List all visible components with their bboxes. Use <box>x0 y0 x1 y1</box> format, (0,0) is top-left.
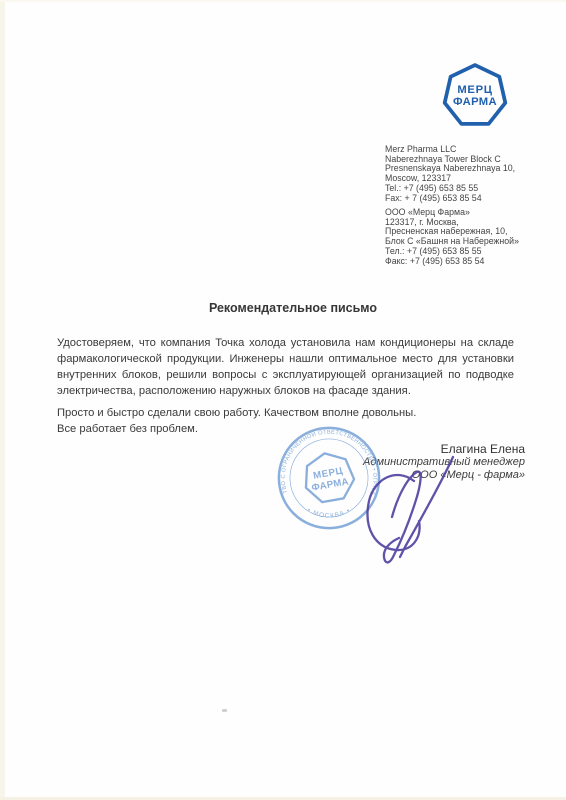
signature-stroke <box>400 457 453 557</box>
logo-text-line1: МЕРЦ <box>457 84 492 96</box>
paragraph-line: фармакологической продукции. Инженеры на… <box>57 351 514 367</box>
stamp-bottom-text: • МОСКВА • <box>306 507 352 520</box>
logo-text-line2: ФАРМА <box>453 96 497 108</box>
scan-edge <box>0 0 566 2</box>
address-line: Факс: +7 (495) 653 85 54 <box>385 257 545 267</box>
paragraph-line: электричества, расположению наружных бло… <box>57 383 514 399</box>
address-block-english: Merz Pharma LLC Naberezhnaya Tower Block… <box>385 145 545 203</box>
address-line: Fax: + 7 (495) 653 85 54 <box>385 194 545 204</box>
paragraph-line: Удостоверяем, что компания Точка холода … <box>57 335 514 351</box>
merz-pharma-logo-icon: МЕРЦ ФАРМА <box>441 62 509 130</box>
letter-page: МЕРЦ ФАРМА Merz Pharma LLC Naberezhnaya … <box>0 0 566 800</box>
address-block-russian: ООО «Мерц Фарма» 123317, г. Москва, Прес… <box>385 208 545 266</box>
scan-artifact <box>222 709 227 712</box>
paragraph-line: Просто и быстро сделали свою работу. Кач… <box>57 405 514 421</box>
handwritten-signature <box>350 445 480 570</box>
scan-edge <box>0 0 5 800</box>
letter-title: Рекомендательное письмо <box>0 301 566 315</box>
paragraph-line: внутренних блоков, решили вопросы с эксп… <box>57 367 514 383</box>
paragraph-1: Удостоверяем, что компания Точка холода … <box>57 335 514 399</box>
